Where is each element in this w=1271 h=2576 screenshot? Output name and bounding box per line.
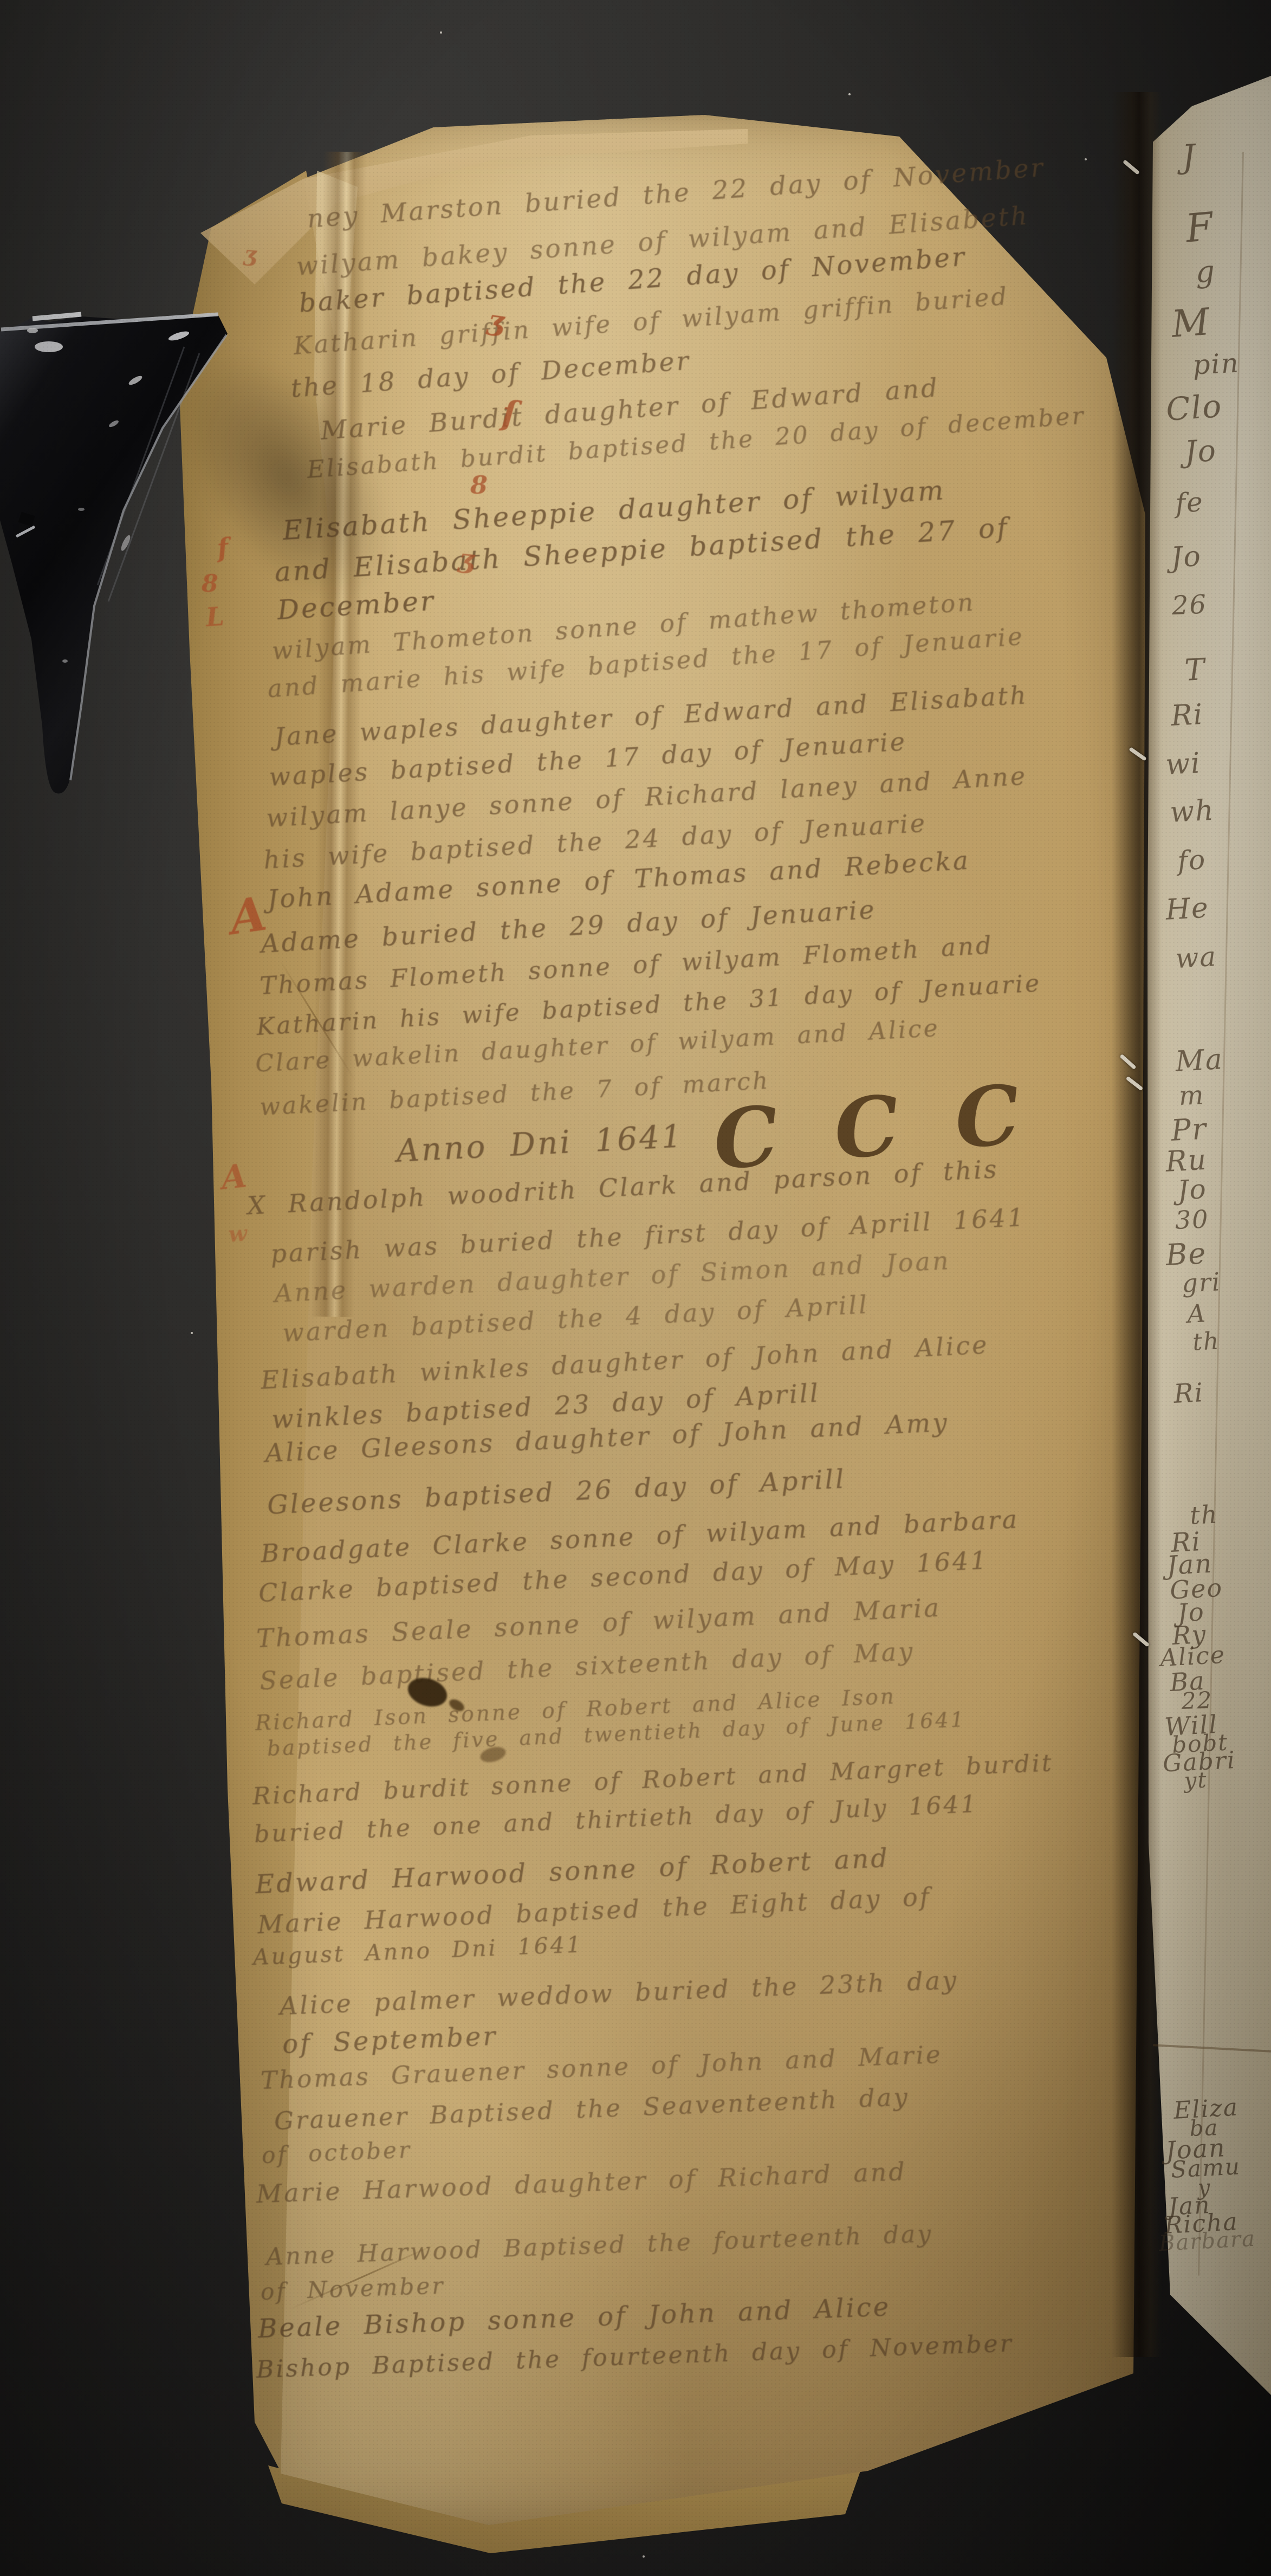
dust-speck bbox=[440, 31, 442, 34]
red-ink-mark: A bbox=[226, 886, 270, 946]
dust-speck bbox=[1085, 158, 1087, 160]
word-fragment: Pr bbox=[1170, 1112, 1208, 1148]
word-fragment: Ri bbox=[1173, 1377, 1204, 1409]
word-fragment: T bbox=[1184, 652, 1207, 688]
word-fragment: Barbara bbox=[1158, 2227, 1256, 2256]
word-fragment: gri bbox=[1181, 1267, 1222, 1298]
word-fragment: m bbox=[1178, 1080, 1205, 1111]
word-fragment: J bbox=[1181, 138, 1197, 176]
red-ink-mark: w bbox=[228, 1221, 248, 1247]
red-ink-mark: ʒ bbox=[243, 241, 257, 267]
word-fragment: Clo bbox=[1165, 387, 1223, 428]
word-fragment: Jo bbox=[1170, 540, 1202, 574]
word-fragment: He bbox=[1165, 892, 1210, 927]
word-fragment: g bbox=[1195, 254, 1217, 289]
word-fragment: 30 bbox=[1175, 1205, 1209, 1235]
word-fragment: wa bbox=[1175, 941, 1218, 974]
word-fragment: Ri bbox=[1170, 698, 1204, 733]
dust-speck bbox=[848, 93, 851, 95]
word-fragment: th bbox=[1189, 1499, 1219, 1530]
word-fragment: 26 bbox=[1171, 590, 1208, 621]
word-fragment: fe bbox=[1175, 486, 1204, 519]
book-gutter-shadow bbox=[1112, 92, 1162, 2357]
word-fragment: th bbox=[1192, 1327, 1221, 1356]
word-fragment: fo bbox=[1177, 844, 1207, 877]
word-fragment: wi bbox=[1165, 747, 1202, 781]
word-fragment: Be bbox=[1165, 1236, 1208, 1272]
word-fragment: A bbox=[1186, 1298, 1207, 1329]
word-fragment: wh bbox=[1169, 794, 1215, 829]
word-fragment: M bbox=[1170, 301, 1212, 346]
red-ink-mark: A bbox=[219, 1157, 249, 1197]
dust-speck bbox=[191, 1332, 193, 1334]
binder-clip-icon bbox=[0, 282, 347, 824]
word-fragment: F bbox=[1184, 203, 1216, 251]
clip-body bbox=[0, 315, 228, 794]
red-ink-mark: 8 bbox=[470, 470, 488, 500]
word-fragment: yt bbox=[1184, 1768, 1208, 1794]
photo-stage: ney Marston buried the 22 day of Novembe… bbox=[0, 0, 1271, 2576]
word-fragment: pin bbox=[1192, 347, 1240, 380]
dust-speck bbox=[643, 2555, 645, 2558]
word-fragment: Jo bbox=[1184, 433, 1217, 469]
word-fragment: Jo bbox=[1177, 1173, 1208, 1206]
word-fragment: Ma bbox=[1175, 1043, 1224, 1078]
